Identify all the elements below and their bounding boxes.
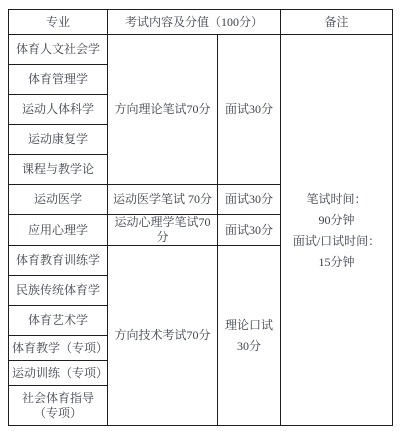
major-cell: 民族传统体育学 bbox=[9, 276, 108, 306]
major-cell: 运动人体科学 bbox=[9, 95, 108, 125]
written-exam-cell: 方向技术考试70分 bbox=[108, 246, 218, 426]
major-cell: 社会体育指导（专项） bbox=[9, 386, 108, 426]
interview-cell: 面试30分 bbox=[218, 35, 281, 185]
major-cell: 体育艺术学 bbox=[9, 306, 108, 336]
major-cell: 运动医学 bbox=[9, 185, 108, 215]
remarks-line: 90分钟 bbox=[284, 210, 389, 230]
written-exam-cell: 运动心理学笔试70分 bbox=[108, 215, 218, 246]
table-row: 体育人文社会学 方向理论笔试70分 面试30分 笔试时间： 90分钟 面试/口试… bbox=[9, 35, 393, 65]
remarks-line: 笔试时间： bbox=[284, 189, 389, 209]
major-cell: 运动康复学 bbox=[9, 125, 108, 155]
oral-exam-line: 理论口试 bbox=[221, 315, 277, 336]
interview-cell: 面试30分 bbox=[218, 185, 281, 215]
header-cell-major: 专业 bbox=[9, 10, 108, 35]
interview-cell: 面试30分 bbox=[218, 215, 281, 246]
header-cell-remarks: 备注 bbox=[281, 10, 393, 35]
major-cell: 体育管理学 bbox=[9, 65, 108, 95]
remarks-cell: 笔试时间： 90分钟 面试/口试时间： 15分钟 bbox=[281, 35, 393, 426]
table-header-row: 专业 考试内容及分值（100分） 备注 bbox=[9, 10, 393, 35]
major-cell: 应用心理学 bbox=[9, 215, 108, 246]
major-cell: 体育教育训练学 bbox=[9, 246, 108, 276]
remarks-line: 15分钟 bbox=[284, 252, 389, 272]
written-exam-cell: 方向理论笔试70分 bbox=[108, 35, 218, 185]
major-cell: 课程与教学论 bbox=[9, 155, 108, 185]
written-exam-cell: 运动医学笔试 70分 bbox=[108, 185, 218, 215]
major-cell: 体育教学（专项） bbox=[9, 336, 108, 361]
major-cell: 体育人文社会学 bbox=[9, 35, 108, 65]
oral-exam-cell: 理论口试 30分 bbox=[218, 246, 281, 426]
header-cell-exam: 考试内容及分值（100分） bbox=[108, 10, 281, 35]
major-cell: 运动训练（专项） bbox=[9, 361, 108, 386]
document-page: 专业 考试内容及分值（100分） 备注 体育人文社会学 方向理论笔试70分 面试… bbox=[0, 0, 400, 431]
remarks-line: 面试/口试时间： bbox=[284, 231, 389, 251]
exam-content-table: 专业 考试内容及分值（100分） 备注 体育人文社会学 方向理论笔试70分 面试… bbox=[8, 9, 393, 426]
oral-exam-line: 30分 bbox=[221, 336, 277, 357]
